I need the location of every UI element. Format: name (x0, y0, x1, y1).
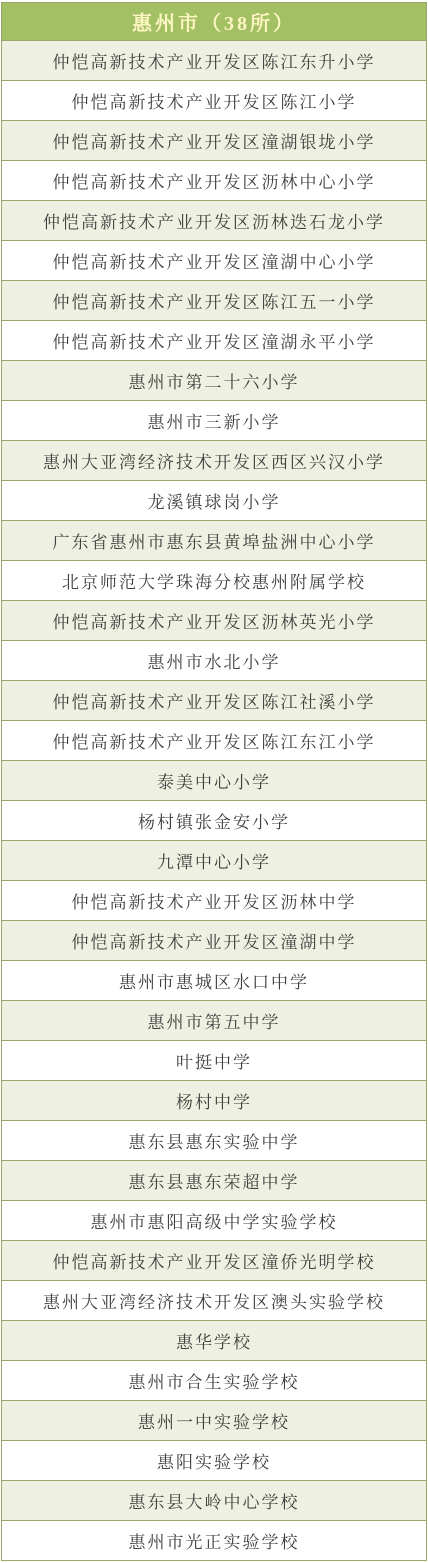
school-name: 叶挺中学 (176, 1048, 252, 1073)
page: 惠州市（38所） 仲恺高新技术产业开发区陈江东升小学 仲恺高新技术产业开发区陈江… (0, 0, 428, 1563)
school-name: 仲恺高新技术产业开发区沥林中学 (72, 888, 357, 913)
table-row: 惠州市第二十六小学 (2, 360, 426, 400)
school-name: 惠州市惠阳高级中学实验学校 (91, 1208, 338, 1233)
table-header-title: 惠州市（38所） (132, 7, 296, 36)
school-name: 仲恺高新技术产业开发区陈江东升小学 (53, 48, 376, 73)
school-name: 仲恺高新技术产业开发区陈江五一小学 (53, 288, 376, 313)
school-name: 仲恺高新技术产业开发区潼侨光明学校 (53, 1248, 376, 1273)
table-row: 仲恺高新技术产业开发区潼湖永平小学 (2, 320, 426, 360)
table-row: 惠州市合生实验学校 (2, 1360, 426, 1400)
table-row: 惠州市光正实验学校 (2, 1520, 426, 1560)
school-name: 仲恺高新技术产业开发区陈江东江小学 (53, 728, 376, 753)
school-name: 惠东县惠东实验中学 (129, 1128, 300, 1153)
school-name: 惠州市水北小学 (148, 648, 281, 673)
school-name: 惠州市合生实验学校 (129, 1368, 300, 1393)
school-name: 惠州市惠城区水口中学 (119, 968, 309, 993)
table-row: 北京师范大学珠海分校惠州附属学校 (2, 560, 426, 600)
table-row: 惠州市第五中学 (2, 1000, 426, 1040)
table-row: 仲恺高新技术产业开发区沥林英光小学 (2, 600, 426, 640)
school-name: 惠阳实验学校 (157, 1448, 271, 1473)
table-row: 仲恺高新技术产业开发区潼湖中学 (2, 920, 426, 960)
school-name: 惠华学校 (176, 1328, 252, 1353)
school-name: 仲恺高新技术产业开发区潼湖银垅小学 (53, 128, 376, 153)
table-row: 惠州大亚湾经济技术开发区西区兴汉小学 (2, 440, 426, 480)
school-name: 仲恺高新技术产业开发区潼湖中学 (72, 928, 357, 953)
school-name: 北京师范大学珠海分校惠州附属学校 (62, 568, 366, 593)
table-row: 仲恺高新技术产业开发区陈江东升小学 (2, 40, 426, 80)
table-row: 泰美中心小学 (2, 760, 426, 800)
school-name: 惠东县大岭中心学校 (129, 1488, 300, 1513)
school-table: 惠州市（38所） 仲恺高新技术产业开发区陈江东升小学 仲恺高新技术产业开发区陈江… (1, 2, 427, 1561)
school-name: 九潭中心小学 (157, 848, 271, 873)
table-row: 仲恺高新技术产业开发区潼侨光明学校 (2, 1240, 426, 1280)
school-name: 惠州一中实验学校 (138, 1408, 290, 1433)
school-name: 仲恺高新技术产业开发区沥林英光小学 (53, 608, 376, 633)
table-row: 惠州市惠阳高级中学实验学校 (2, 1200, 426, 1240)
table-row: 仲恺高新技术产业开发区沥林中学 (2, 880, 426, 920)
school-name: 仲恺高新技术产业开发区潼湖中心小学 (53, 248, 376, 273)
table-row: 仲恺高新技术产业开发区陈江五一小学 (2, 280, 426, 320)
table-row: 惠东县惠东荣超中学 (2, 1160, 426, 1200)
school-name: 杨村镇张金安小学 (138, 808, 290, 833)
table-row: 仲恺高新技术产业开发区陈江社溪小学 (2, 680, 426, 720)
table-row: 惠东县惠东实验中学 (2, 1120, 426, 1160)
table-row: 九潭中心小学 (2, 840, 426, 880)
table-row: 惠华学校 (2, 1320, 426, 1360)
school-name: 惠州市光正实验学校 (129, 1528, 300, 1553)
school-name: 龙溪镇球岗小学 (148, 488, 281, 513)
table-row: 仲恺高新技术产业开发区陈江小学 (2, 80, 426, 120)
school-name: 仲恺高新技术产业开发区陈江小学 (72, 88, 357, 113)
school-name: 杨村中学 (176, 1088, 252, 1113)
school-name: 惠州市三新小学 (148, 408, 281, 433)
table-header: 惠州市（38所） (2, 3, 426, 40)
school-name: 惠州市第五中学 (148, 1008, 281, 1033)
table-row: 仲恺高新技术产业开发区陈江东江小学 (2, 720, 426, 760)
table-row: 广东省惠州市惠东县黄埠盐洲中心小学 (2, 520, 426, 560)
table-body: 仲恺高新技术产业开发区陈江东升小学 仲恺高新技术产业开发区陈江小学 仲恺高新技术… (2, 40, 426, 1560)
table-row: 惠州市水北小学 (2, 640, 426, 680)
school-name: 仲恺高新技术产业开发区沥林中心小学 (53, 168, 376, 193)
table-row: 仲恺高新技术产业开发区潼湖银垅小学 (2, 120, 426, 160)
school-name: 惠州市第二十六小学 (129, 368, 300, 393)
table-row: 仲恺高新技术产业开发区沥林中心小学 (2, 160, 426, 200)
school-name: 惠州大亚湾经济技术开发区西区兴汉小学 (43, 448, 385, 473)
table-row: 仲恺高新技术产业开发区潼湖中心小学 (2, 240, 426, 280)
table-row: 惠阳实验学校 (2, 1440, 426, 1480)
school-name: 仲恺高新技术产业开发区潼湖永平小学 (53, 328, 376, 353)
table-row: 龙溪镇球岗小学 (2, 480, 426, 520)
table-row: 叶挺中学 (2, 1040, 426, 1080)
table-row: 惠东县大岭中心学校 (2, 1480, 426, 1520)
table-row: 杨村中学 (2, 1080, 426, 1120)
table-row: 惠州一中实验学校 (2, 1400, 426, 1440)
school-name: 广东省惠州市惠东县黄埠盐洲中心小学 (53, 528, 376, 553)
school-name: 仲恺高新技术产业开发区陈江社溪小学 (53, 688, 376, 713)
school-name: 惠州大亚湾经济技术开发区澳头实验学校 (43, 1288, 385, 1313)
school-name: 泰美中心小学 (157, 768, 271, 793)
table-row: 仲恺高新技术产业开发区沥林迭石龙小学 (2, 200, 426, 240)
school-name: 仲恺高新技术产业开发区沥林迭石龙小学 (43, 208, 385, 233)
table-row: 惠州市惠城区水口中学 (2, 960, 426, 1000)
table-row: 惠州市三新小学 (2, 400, 426, 440)
table-row: 杨村镇张金安小学 (2, 800, 426, 840)
school-name: 惠东县惠东荣超中学 (129, 1168, 300, 1193)
table-row: 惠州大亚湾经济技术开发区澳头实验学校 (2, 1280, 426, 1320)
